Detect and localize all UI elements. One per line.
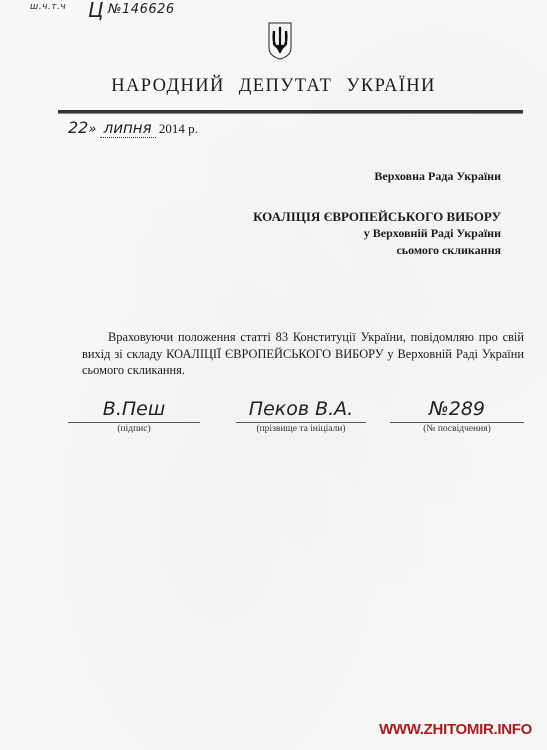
name-caption: (прізвище та ініціали) xyxy=(236,424,366,434)
registration-note: ш.ч.т.ч xyxy=(30,2,66,12)
body-paragraph: Враховуючи положення статті 83 Конституц… xyxy=(82,329,524,379)
recipient-institution: Верховна Рада України xyxy=(374,168,501,185)
site-watermark: WWW.ZHITOMIR.INFO xyxy=(379,721,532,738)
name-handwritten: Пеков В.А. xyxy=(236,398,366,420)
trident-emblem-icon xyxy=(268,22,292,60)
id-number-field: №289 (№ посвідчення) xyxy=(390,392,524,434)
id-number-handwritten: №289 xyxy=(390,398,524,420)
recipient-coalition-name: КОАЛІЦІЯ ЄВРОПЕЙСЬКОГО ВИБОРУ xyxy=(253,208,501,225)
signature-field: В.Пеш (підпис) xyxy=(68,392,200,434)
recipient-coalition-location: у Верховній Раді України xyxy=(253,225,501,242)
date-year: 2014 р. xyxy=(159,121,198,136)
date-quote: » xyxy=(88,122,96,137)
scanned-letter-page: ш.ч.т.ч Ц №146626 НАРОДНИЙ ДЕПУТАТ УКРАЇ… xyxy=(0,0,547,750)
name-field: Пеков В.А. (прізвище та ініціали) xyxy=(236,392,366,434)
document-date: 22» липня 2014 р. xyxy=(68,118,198,138)
registration-number: №146626 xyxy=(108,2,175,17)
header-divider xyxy=(58,110,523,114)
recipient-coalition-convocation: сьомого скликання xyxy=(253,242,501,259)
date-day: 22 xyxy=(68,118,88,137)
recipient-coalition: КОАЛІЦІЯ ЄВРОПЕЙСЬКОГО ВИБОРУ у Верховні… xyxy=(253,208,501,259)
document-title: НАРОДНИЙ ДЕПУТАТ УКРАЇНИ xyxy=(0,76,547,97)
registration-initial: Ц xyxy=(88,0,104,22)
date-month: липня xyxy=(100,119,156,138)
signature-caption: (підпис) xyxy=(68,424,200,434)
id-number-caption: (№ посвідчення) xyxy=(390,424,524,434)
signature-handwritten: В.Пеш xyxy=(68,398,200,420)
